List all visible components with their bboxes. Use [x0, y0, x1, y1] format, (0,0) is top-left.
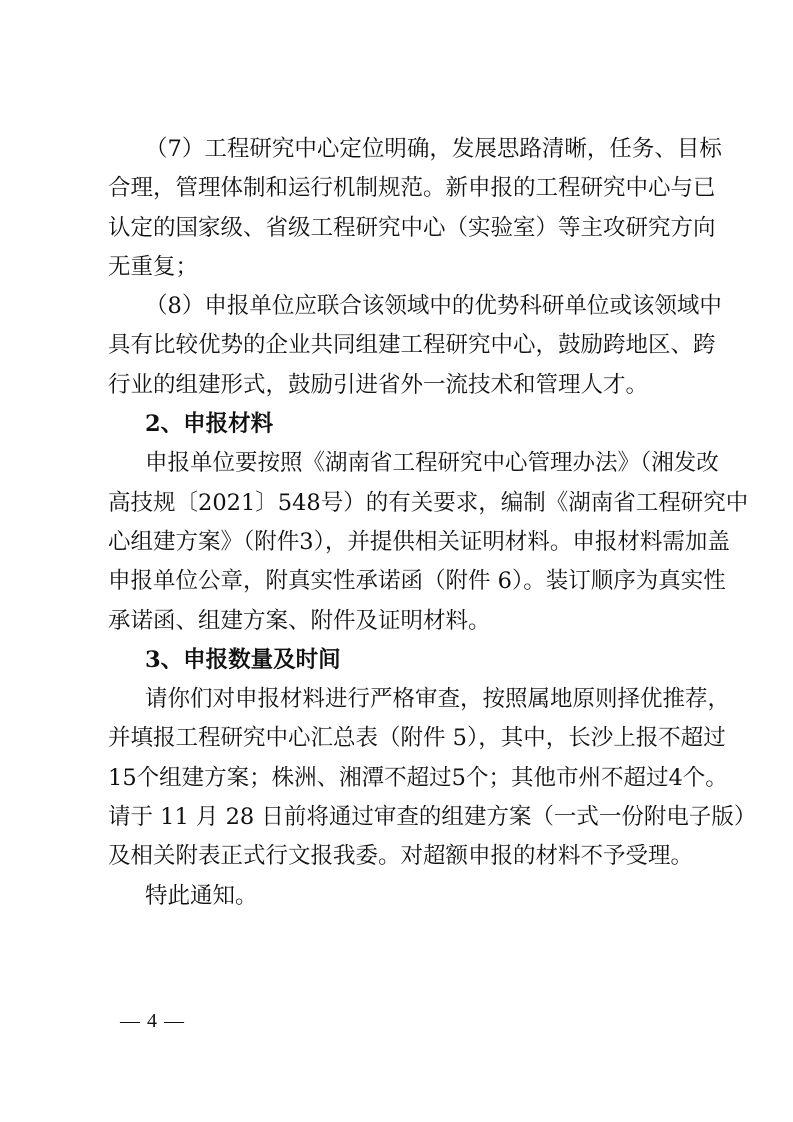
paragraph-item-7: （7）工程研究中心定位明确，发展思路清晰，任务、目标 合理，管理体制和运行机制规… [108, 130, 701, 287]
section-heading-materials: 2、申报材料 [108, 405, 701, 444]
page-number: — 4 — [120, 1010, 185, 1033]
paragraph-materials: 申报单位要按照《湖南省工程研究中心管理办法》（湘发改 高技规〔2021〕548号… [108, 444, 701, 640]
text-line: 请于 11 月 28 日前将通过审查的组建方案（一式一份附电子版） [108, 798, 701, 837]
text-line: 行业的组建形式，鼓励引进省外一流技术和管理人才。 [108, 366, 701, 405]
text-line: 承诺函、组建方案、附件及证明材料。 [108, 602, 701, 641]
text-line: 并填报工程研究中心汇总表（附件 5），其中，长沙上报不超过 [108, 719, 701, 758]
text-line: 高技规〔2021〕548号）的有关要求，编制《湖南省工程研究中 [108, 484, 701, 523]
paragraph-closing: 特此通知。 [108, 877, 701, 916]
text-line: 申报单位要按照《湖南省工程研究中心管理办法》（湘发改 [108, 444, 701, 483]
text-line: 请你们对申报材料进行严格审查，按照属地原则择优推荐， [108, 680, 701, 719]
section-heading-quantity-time: 3、申报数量及时间 [108, 641, 701, 680]
text-line: （7）工程研究中心定位明确，发展思路清晰，任务、目标 [108, 130, 701, 169]
document-body: （7）工程研究中心定位明确，发展思路清晰，任务、目标 合理，管理体制和运行机制规… [108, 130, 701, 916]
text-line: 认定的国家级、省级工程研究中心（实验室）等主攻研究方向 [108, 209, 701, 248]
text-line: （8）申报单位应联合该领域中的优势科研单位或该领域中 [108, 287, 701, 326]
paragraph-quantity-time: 请你们对申报材料进行严格审查，按照属地原则择优推荐， 并填报工程研究中心汇总表（… [108, 680, 701, 876]
text-line: 申报单位公章，附真实性承诺函（附件 6）。装订顺序为真实性 [108, 562, 701, 601]
text-line: 无重复； [108, 248, 701, 287]
text-line: 特此通知。 [108, 877, 701, 916]
text-line: 合理，管理体制和运行机制规范。新申报的工程研究中心与已 [108, 169, 701, 208]
text-line: 及相关附表正式行文报我委。对超额申报的材料不予受理。 [108, 837, 701, 876]
text-line: 心组建方案》（附件3），并提供相关证明材料。申报材料需加盖 [108, 523, 701, 562]
text-line: 15个组建方案；株洲、湘潭不超过5个；其他市州不超过4个。 [108, 759, 701, 798]
paragraph-item-8: （8）申报单位应联合该领域中的优势科研单位或该领域中 具有比较优势的企业共同组建… [108, 287, 701, 405]
text-line: 具有比较优势的企业共同组建工程研究中心，鼓励跨地区、跨 [108, 326, 701, 365]
